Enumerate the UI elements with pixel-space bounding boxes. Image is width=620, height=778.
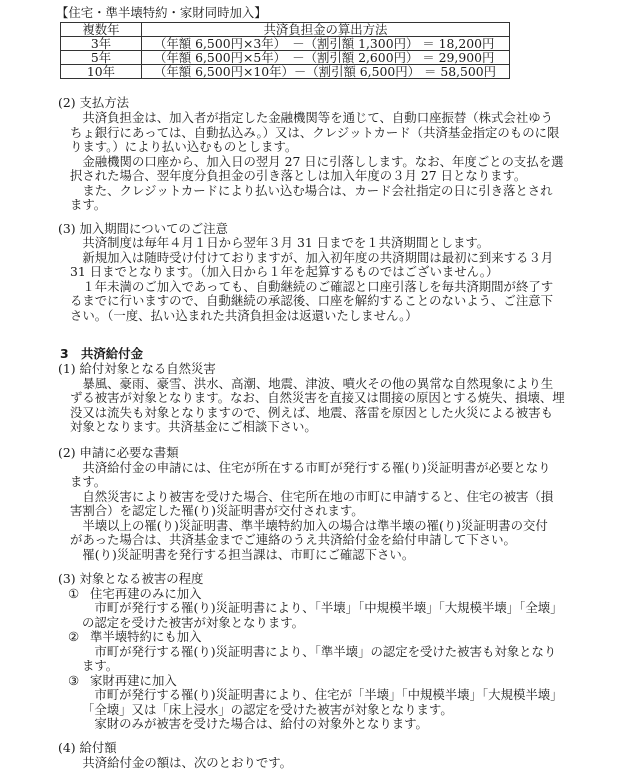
paragraph-line: ちょ銀行にあっては、自動払込み。）又は、クレジットカード（共済基金指定のものに限 <box>70 126 559 140</box>
item-title: 準半壊特約にも加入 <box>90 630 202 644</box>
item-title: 住宅再建のみに加入 <box>90 587 202 601</box>
paragraph-line: 31 日までとなります。（加入日から１年を起算するものではございません。） <box>70 265 498 279</box>
subsection-heading: (1) 給付対象となる自然災害 <box>58 362 216 376</box>
premium-table: 複数年 共済負担金の算出方法 3年 （年額 6,500円×3年） －（割引額 1… <box>60 22 510 79</box>
paragraph-line: があった場合は、共済基金までご連絡のうえ共済給付金を給付申請して下さい。 <box>70 533 516 547</box>
paragraph-line: 罹(り)災証明書を発行する担当課は、市町にご確認下さい。 <box>70 548 414 562</box>
subsection-heading: (3) 対象となる被害の程度 <box>58 572 203 586</box>
subsection-heading: (4) 給付額 <box>58 741 117 755</box>
paragraph-line: １年未満のご加入であっても、自動継続のご確認と口座引落しを毎共済期間が終了す <box>70 280 553 294</box>
cell-calc: （年額 6,500円×10年）－（割引額 6,500円） ＝ 58,500円 <box>142 65 510 79</box>
cell-years: 3年 <box>61 37 142 51</box>
paragraph-line: 金融機関の口座から、加入日の翌月 27 日に引落しします。なお、年度ごとの支払を… <box>70 155 564 169</box>
payment-heading: (2) 支払方法 <box>58 96 129 110</box>
paragraph-line: 害割合）を認定した罹(り)災証明書が交付されます。 <box>70 504 364 518</box>
paragraph-line: の認定を受けた被害が対象となります。 <box>82 616 304 630</box>
paragraph-line: 市町が発行する罹(り)災証明書により、「準半壊」の認定を受けた被害も対象となり <box>82 645 556 659</box>
item-title: 家財再建に加入 <box>90 674 177 688</box>
paragraph-line: 共済制度は毎年４月１日から翌年３月 31 日までを１共済期間とします。 <box>70 236 489 250</box>
paragraph-line: ます。 <box>70 475 106 489</box>
paragraph-line: ります。）により払い込むものとします。 <box>70 140 297 154</box>
paragraph-line: ずる被害が対象となります。なお、自然災害を直接又は間接の原因とする焼失、損壊、埋 <box>70 391 565 405</box>
table-header-row: 複数年 共済負担金の算出方法 <box>61 23 510 37</box>
paragraph-line: 共済負担金は、加入者が指定した金融機関等を通じて、自動口座振替（株式会社ゆう <box>70 111 553 125</box>
paragraph-line: 共済給付金の額は、次のとおりです。 <box>70 756 292 770</box>
paragraph-line: ます。 <box>82 659 118 673</box>
paragraph-line: るまでに行いますので、自動継続の承認後、口座を解約することのないよう、ご注意下 <box>70 294 553 308</box>
cell-years: 5年 <box>61 51 142 65</box>
period-heading: (3) 加入期間についてのご注意 <box>58 222 228 236</box>
header-calc: 共済負担金の算出方法 <box>142 23 510 37</box>
item-marker: ③ <box>68 674 79 688</box>
cell-calc: （年額 6,500円×5年） －（割引額 2,600円） ＝ 29,900円 <box>142 51 510 65</box>
cell-calc: （年額 6,500円×3年） －（割引額 1,300円） ＝ 18,200円 <box>142 37 510 51</box>
paragraph-line: さい。（一度、払い込まれた共済負担金は返還いたしません。） <box>70 309 418 323</box>
paragraph-line: 家財のみが被害を受けた場合は、給付の対象外となります。 <box>82 717 428 731</box>
header-years: 複数年 <box>61 23 142 37</box>
table-row: 10年 （年額 6,500円×10年）－（割引額 6,500円） ＝ 58,50… <box>61 65 510 79</box>
paragraph-line: 半壊以上の罹(り)災証明書、準半壊特約加入の場合は準半壊の罹(り)災証明書の交付 <box>70 519 548 533</box>
paragraph-line: ます。 <box>70 198 106 212</box>
paragraph-line: 暴風、豪雨、豪雪、洪水、高潮、地震、津波、噴火その他の異常な自然現象により生 <box>70 377 553 391</box>
paragraph-line: 共済給付金の申請には、住宅が所在する市町が発行する罹(り)災証明書が必要となり <box>70 461 551 475</box>
paragraph-line: 市町が発行する罹(り)災証明書により、住宅が「半壊」「中規模半壊」「大規模半壊」 <box>82 688 563 702</box>
cell-years: 10年 <box>61 65 142 79</box>
paragraph-line: 没又は流失も対象となりますので、例えば、地震、落雷を原因とした火災による被害も <box>70 406 553 420</box>
paragraph-line: また、クレジットカードにより払い込む場合は、カード会社指定の日に引き落とされ <box>70 184 553 198</box>
section-heading: 3 共済給付金 <box>60 347 143 361</box>
paragraph-line: 対象となります。共済基金にご相談下さい。 <box>70 420 317 434</box>
paragraph-line: 択された場合、翌年度分負担金の引き落としは加入年度の３月 27 日となります。 <box>70 169 526 183</box>
paragraph-line: 「全壊」又は「床上浸水」の認定を受けた被害が対象となります。 <box>82 703 453 717</box>
item-marker: ① <box>68 587 79 601</box>
table-row: 3年 （年額 6,500円×3年） －（割引額 1,300円） ＝ 18,200… <box>61 37 510 51</box>
paragraph-line: 自然災害により被害を受けた場合、住宅所在地の市町に申請すると、住宅の被害（損 <box>70 490 553 504</box>
table-row: 5年 （年額 6,500円×5年） －（割引額 2,600円） ＝ 29,900… <box>61 51 510 65</box>
table-title: 【住宅・準半壊特約・家財同時加入】 <box>56 6 267 20</box>
subsection-heading: (2) 申請に必要な書類 <box>58 446 179 460</box>
item-marker: ② <box>68 630 79 644</box>
paragraph-line: 新規加入は随時受け付けておりますが、加入初年度の共済期間は最初に到来する３月 <box>70 251 553 265</box>
paragraph-line: 市町が発行する罹(り)災証明書により、「半壊」「中規模半壊」「大規模半壊」「全壊… <box>82 601 563 615</box>
